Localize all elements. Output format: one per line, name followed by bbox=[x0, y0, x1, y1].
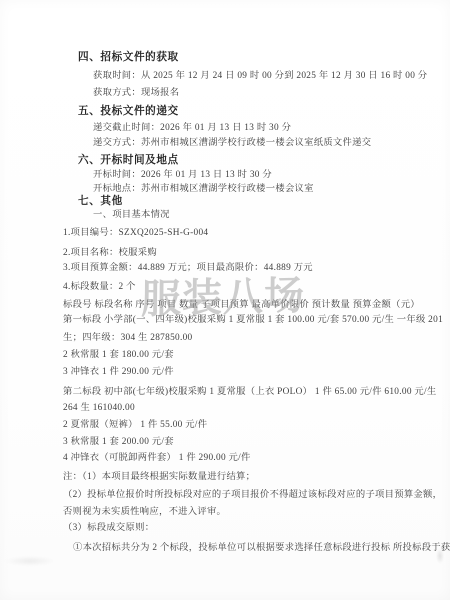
table-row-lot2-item1: 第二标段 初中部(七年级)校服采购 1 夏常服（上衣 POLO） 1 件 65.… bbox=[63, 384, 430, 401]
table-row-lot2-wrap: 264 生 161040.00 bbox=[63, 400, 430, 417]
document-page: 服装八场 四、招标文件的获取 获取时间：从 2025 年 12 月 24 日 0… bbox=[0, 0, 450, 600]
text-line-obtain-time: 获取时间：从 2025 年 12 月 24 日 09 时 00 分到 2025 … bbox=[63, 68, 430, 85]
text-line-project-no: 1.项目编号：SZXQ2025-SH-G-004 bbox=[63, 225, 430, 242]
text-line-budget: 3.项目预算金额：44.889 万元；项目最高限价：44.889 万元 bbox=[63, 260, 430, 277]
section-heading-submit: 五、投标文件的递交 bbox=[63, 103, 430, 120]
text-line-obtain-method: 获取方式：现场报名 bbox=[63, 85, 430, 102]
table-row-lot1-item3: 3 冲锋衣 1 件 290.00 元/件 bbox=[63, 364, 430, 381]
table-row-lot1-item2: 2 秋常服 1 套 180.00 元/套 bbox=[63, 347, 430, 364]
text-line-note2: （2）投标单位报价时所投标段对应的子项目报价不得超过该标段对应的子项目预算金额， bbox=[63, 487, 430, 504]
text-line-note3: （3）标段成交原则： bbox=[63, 520, 430, 537]
table-row-lot2-item4: 4 冲锋衣（可脱卸两件套） 1 件 290.00 元/件 bbox=[63, 450, 430, 467]
text-line-submit-method: 递交方式：苏州市相城区漕湖学校行政楼一楼会议室纸质文件递交 bbox=[63, 135, 430, 152]
table-row-lot1-item1: 第一标段 小学部(一、四年级)校服采购 1 夏常服 1 套 100.00 元/套… bbox=[63, 312, 430, 329]
text-line-note2-wrap: 否则视为未实质性响应，不进入评审。 bbox=[63, 504, 430, 521]
section-heading-obtain: 四、招标文件的获取 bbox=[63, 49, 430, 66]
text-line-basic-info: 一、项目基本情况 bbox=[63, 207, 430, 224]
scan-smudge bbox=[4, 556, 56, 566]
table-row-lot2-item2: 2 夏常服（短裤） 1 件 55.00 元/件 bbox=[63, 417, 430, 434]
text-line-rule1: ①本次招标共分为 2 个标段，投标单位可以根据要求选择任意标段进行投标 所投标段… bbox=[63, 540, 430, 557]
table-row-lot2-item3: 3 秋常服 1 套 200.00 元/套 bbox=[63, 434, 430, 451]
text-line-lot-count: 4.标段数量：2 个 bbox=[63, 279, 430, 296]
table-row-lot1-wrap: 生；四年级：304 生 287850.00 bbox=[63, 330, 430, 347]
text-line-note1: 注：（1）本项目最终根据实际数量进行结算； bbox=[63, 469, 430, 486]
